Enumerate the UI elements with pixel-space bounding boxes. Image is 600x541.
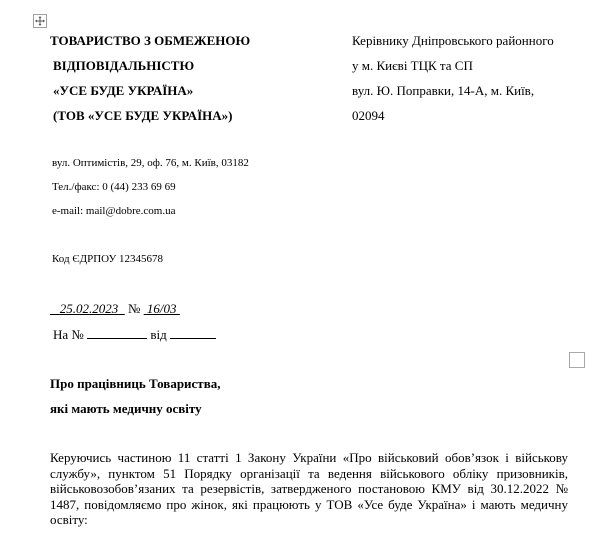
- sender-short-name: (ТОВ «УСЕ БУДЕ УКРАЇНА»): [53, 108, 232, 124]
- table-resize-handle[interactable]: [569, 352, 585, 368]
- incoming-date-blank: [170, 326, 216, 339]
- sender-name-line-1: ТОВАРИСТВО З ОБМЕЖЕНОЮ: [50, 33, 250, 49]
- sender-phone: Тел./факс: 0 (44) 233 69 69: [52, 181, 176, 193]
- body-paragraph: Керуючись частиною 11 статті 1 Закону Ук…: [50, 450, 568, 528]
- table-move-handle[interactable]: [33, 14, 47, 28]
- incoming-reference: На № від: [53, 326, 216, 343]
- outgoing-number: 16/03: [144, 301, 180, 316]
- outgoing-reference: 25.02.2023 № 16/03: [50, 301, 180, 317]
- sender-name-line-3: «УСЕ БУДЕ УКРАЇНА»: [53, 83, 193, 99]
- recipient-line-3: вул. Ю. Поправки, 14-А, м. Київ,: [352, 83, 534, 99]
- recipient-postcode: 02094: [352, 108, 385, 124]
- sender-email: e-mail: mail@dobre.com.ua: [52, 205, 175, 217]
- incoming-number-blank: [87, 326, 147, 339]
- subject-line-1: Про працівниць Товариства,: [50, 376, 220, 392]
- sender-address: вул. Оптимістів, 29, оф. 76, м. Київ, 03…: [52, 157, 249, 169]
- subject-line-2: які мають медичну освіту: [50, 401, 202, 417]
- incoming-number-label: На №: [53, 327, 84, 342]
- outgoing-date: 25.02.2023: [50, 301, 125, 316]
- recipient-line-1: Керівнику Дніпровського районного: [352, 33, 554, 49]
- move-icon: [35, 16, 45, 26]
- incoming-from-label: від: [150, 327, 166, 342]
- recipient-line-2: у м. Києві ТЦК та СП: [352, 58, 473, 74]
- sender-edrpou-code: Код ЄДРПОУ 12345678: [52, 253, 163, 265]
- sender-name-line-2: ВІДПОВІДАЛЬНІСТЮ: [53, 58, 194, 74]
- number-label: №: [128, 301, 140, 316]
